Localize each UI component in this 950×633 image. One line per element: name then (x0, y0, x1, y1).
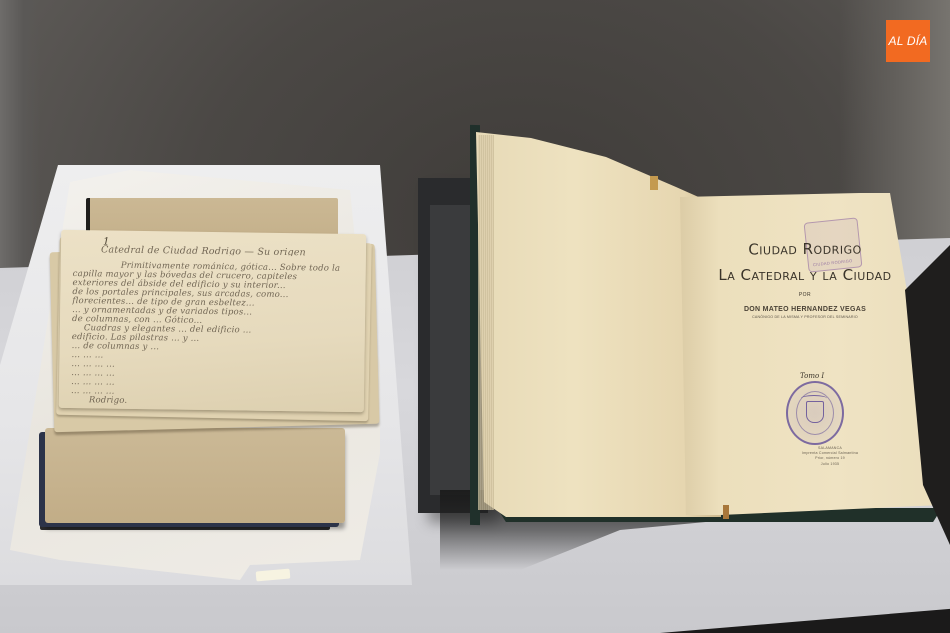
spine-headband (650, 176, 658, 190)
book-author: DON MATEO HERNANDEZ VEGAS (700, 306, 910, 313)
book-por: POR (700, 292, 910, 298)
manuscript-heading: Catedral de Ciudad Rodrigo — Su origen (101, 244, 358, 257)
notebook-bottom (45, 428, 345, 523)
book-publisher-block: SALAMANCA Imprenta Comercial Salmantina … (792, 446, 868, 467)
book-title-line1: Ciudad Rodrigo (700, 239, 910, 259)
episcopal-seal-icon (786, 381, 844, 445)
book-page-edges (478, 135, 494, 510)
seal-shield-icon (806, 401, 824, 423)
handwritten-manuscript-page: 1 Catedral de Ciudad Rodrigo — Su origen… (59, 230, 366, 412)
book-author-subtitle: CANÓNIGO DE LA MISMA Y PROFESOR DEL SEMI… (700, 315, 910, 319)
al-dia-logo: AL DÍA (886, 20, 930, 62)
logo-text: AL DÍA (889, 34, 928, 48)
publisher-date: Julio 1935 (792, 462, 868, 467)
spine-tailband (723, 505, 729, 519)
book-title-line2: La Catedral y la Ciudad (700, 266, 910, 284)
book-volume: Tomo I (800, 372, 824, 380)
book-title-block: Ciudad Rodrigo La Catedral y la Ciudad P… (700, 240, 910, 319)
museum-display-photo: 1 Catedral de Ciudad Rodrigo — Su origen… (0, 0, 950, 633)
